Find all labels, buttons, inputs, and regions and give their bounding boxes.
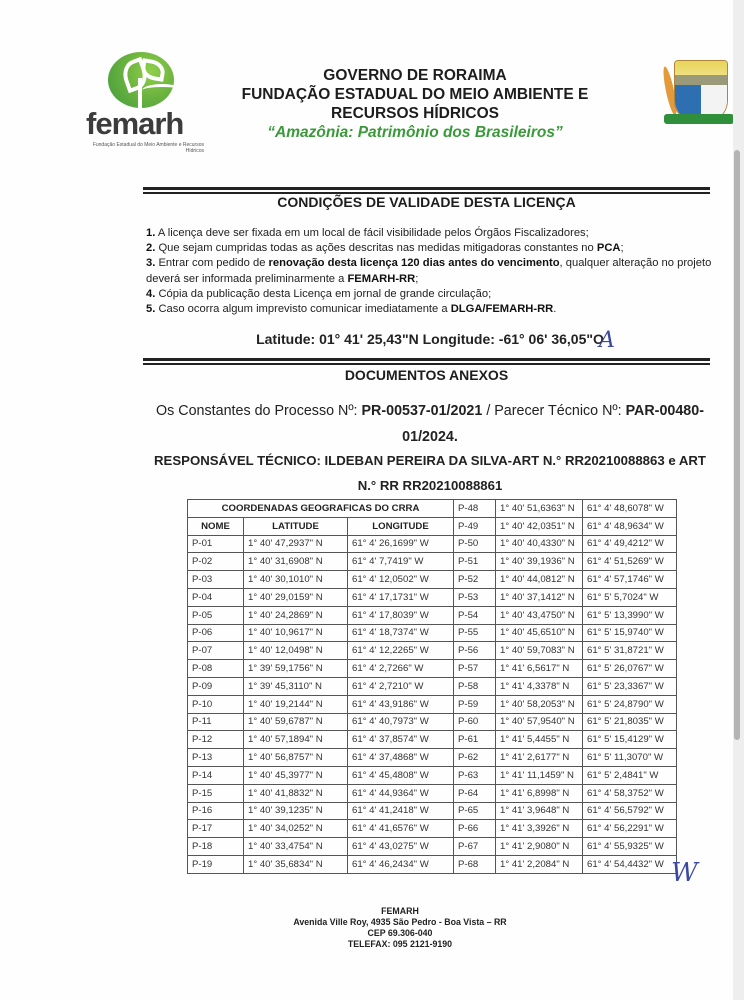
footer-address: Avenida Ville Roy, 4935 São Pedro - Boa … — [250, 917, 550, 928]
condition-text: Caso ocorra algum imprevisto comunicar i… — [155, 303, 450, 315]
conditions-title: CONDIÇÕES DE VALIDADE DESTA LICENÇA — [143, 194, 710, 210]
point-name: P-01 — [188, 535, 244, 553]
point-name: P-12 — [188, 731, 244, 749]
condition-text: Cópia da publicação desta Licença em jor… — [155, 288, 491, 300]
scrollbar-thumb[interactable] — [734, 150, 740, 740]
point-name: P-66 — [454, 820, 496, 838]
point-longitude: 61° 4' 55,9325" W — [583, 838, 677, 856]
point-longitude: 61° 5' 15,9740" W — [583, 624, 677, 642]
condition-number: 5. — [146, 303, 155, 315]
point-longitude: 61° 4' 43,0275" W — [348, 838, 454, 856]
table-row: P-071° 40' 12,0498" N61° 4' 12,2265" WP-… — [188, 642, 677, 660]
point-longitude: 61° 5' 11,3070" W — [583, 749, 677, 767]
table-row: P-131° 40' 56,8757" N61° 4' 37,4868" WP-… — [188, 749, 677, 767]
table-row: P-171° 40' 34,0252" N61° 4' 41,6576" WP-… — [188, 820, 677, 838]
point-longitude: 61° 4' 37,4868" W — [348, 749, 454, 767]
point-name: P-67 — [454, 838, 496, 856]
header-line-1: GOVERNO DE RORAIMA — [200, 66, 630, 85]
process-info: Os Constantes do Processo Nº: PR-00537-0… — [150, 398, 710, 450]
point-name: P-03 — [188, 571, 244, 589]
point-name: P-13 — [188, 749, 244, 767]
point-longitude: 61° 4' 48,9634" W — [583, 517, 677, 535]
point-longitude: 61° 5' 15,4129" W — [583, 731, 677, 749]
point-longitude: 61° 4' 26,1699" W — [348, 535, 454, 553]
point-longitude: 61° 4' 41,2418" W — [348, 802, 454, 820]
point-latitude: 1° 40' 37,1412" N — [496, 588, 583, 606]
point-longitude: 61° 4' 12,2265" W — [348, 642, 454, 660]
point-latitude: 1° 40' 33,4754" N — [244, 838, 348, 856]
column-header-latitude: LATITUDE — [244, 517, 348, 535]
point-latitude: 1° 40' 42,0351" N — [496, 517, 583, 535]
point-longitude: 61° 4' 17,1731" W — [348, 588, 454, 606]
header-line-3: RECURSOS HÍDRICOS — [200, 104, 630, 123]
point-longitude: 61° 5' 26,0767" W — [583, 660, 677, 678]
condition-item: 2. Que sejam cumpridas todas as ações de… — [146, 241, 726, 256]
point-longitude: 61° 5' 31,8721" W — [583, 642, 677, 660]
table-row: P-031° 40' 30,1010" N61° 4' 12,0502" WP-… — [188, 571, 677, 589]
point-latitude: 1° 39' 59,1756" N — [244, 660, 348, 678]
point-name: P-15 — [188, 784, 244, 802]
footer-org: FEMARH — [250, 906, 550, 917]
point-latitude: 1° 40' 45,3977" N — [244, 766, 348, 784]
point-longitude: 61° 4' 17,8039" W — [348, 606, 454, 624]
point-name: P-62 — [454, 749, 496, 767]
point-name: P-68 — [454, 855, 496, 873]
point-latitude: 1° 41' 2,6177" N — [496, 749, 583, 767]
point-latitude: 1° 40' 19,2144" N — [244, 695, 348, 713]
logo-subtitle: Fundação Estadual do Meio Ambiente e Rec… — [86, 142, 204, 154]
table-row: P-121° 40' 57,1894" N61° 4' 37,8574" WP-… — [188, 731, 677, 749]
point-latitude: 1° 40' 40,4330" N — [496, 535, 583, 553]
point-longitude: 61° 4' 58,3752" W — [583, 784, 677, 802]
column-header-nome: NOME — [188, 517, 244, 535]
process-number: PR-00537-01/2021 — [362, 403, 483, 419]
point-name: P-52 — [454, 571, 496, 589]
point-longitude: 61° 5' 23,3367" W — [583, 677, 677, 695]
table-row: P-091° 39' 45,3110" N61° 4' 2,7210" WP-5… — [188, 677, 677, 695]
point-longitude: 61° 4' 7,7419" W — [348, 553, 454, 571]
table-row: P-191° 40' 35,6834" N61° 4' 46,2434" WP-… — [188, 855, 677, 873]
document-page: femarh Fundação Estadual do Meio Ambient… — [0, 0, 733, 1000]
point-longitude: 61° 4' 41,6576" W — [348, 820, 454, 838]
point-name: P-08 — [188, 660, 244, 678]
point-longitude: 61° 4' 2,7210" W — [348, 677, 454, 695]
point-name: P-19 — [188, 855, 244, 873]
condition-text: FEMARH-RR — [347, 273, 415, 285]
point-name: P-14 — [188, 766, 244, 784]
condition-text: ; — [415, 273, 418, 285]
table-row: P-041° 40' 29,0159" N61° 4' 17,1731" WP-… — [188, 588, 677, 606]
condition-number: 1. — [146, 227, 155, 239]
point-name: P-57 — [454, 660, 496, 678]
point-longitude: 61° 4' 43,9186" W — [348, 695, 454, 713]
table-row: P-181° 40' 33,4754" N61° 4' 43,0275" WP-… — [188, 838, 677, 856]
point-name: P-54 — [454, 606, 496, 624]
point-latitude: 1° 40' 47,2937" N — [244, 535, 348, 553]
point-latitude: 1° 41' 11,1459" N — [496, 766, 583, 784]
point-name: P-05 — [188, 606, 244, 624]
point-latitude: 1° 40' 57,9540" N — [496, 713, 583, 731]
point-longitude: 61° 5' 21,8035" W — [583, 713, 677, 731]
condition-number: 3. — [146, 257, 155, 269]
point-latitude: 1° 40' 45,6510" N — [496, 624, 583, 642]
point-longitude: 61° 4' 49,4212" W — [583, 535, 677, 553]
point-latitude: 1° 40' 10,9617" N — [244, 624, 348, 642]
table-row: P-011° 40' 47,2937" N61° 4' 26,1699" WP-… — [188, 535, 677, 553]
parecer-label: / Parecer Técnico Nº: — [482, 403, 625, 419]
process-label: Os Constantes do Processo Nº: — [156, 403, 361, 419]
table-row: P-111° 40' 59,6787" N61° 4' 40,7973" WP-… — [188, 713, 677, 731]
table-row: P-021° 40' 31,6908" N61° 4' 7,7419" WP-5… — [188, 553, 677, 571]
point-latitude: 1° 40' 56,8757" N — [244, 749, 348, 767]
point-latitude: 1° 40' 29,0159" N — [244, 588, 348, 606]
point-name: P-59 — [454, 695, 496, 713]
point-latitude: 1° 40' 44,0812" N — [496, 571, 583, 589]
document-footer: FEMARH Avenida Ville Roy, 4935 São Pedro… — [250, 906, 550, 950]
point-latitude: 1° 40' 51,6363" N — [496, 500, 583, 518]
point-longitude: 61° 4' 57,1746" W — [583, 571, 677, 589]
point-name: P-53 — [454, 588, 496, 606]
point-latitude: 1° 41' 6,5617" N — [496, 660, 583, 678]
point-name: P-09 — [188, 677, 244, 695]
point-latitude: 1° 40' 24,2869" N — [244, 606, 348, 624]
point-latitude: 1° 40' 41,8832" N — [244, 784, 348, 802]
point-longitude: 61° 4' 2,7266" W — [348, 660, 454, 678]
point-name: P-06 — [188, 624, 244, 642]
condition-text: Entrar com pedido de — [155, 257, 268, 269]
point-longitude: 61° 4' 56,5792" W — [583, 802, 677, 820]
conditions-list: 1. A licença deve ser fixada em um local… — [146, 226, 726, 317]
point-longitude: 61° 5' 13,3990" W — [583, 606, 677, 624]
point-latitude: 1° 41' 6,8998" N — [496, 784, 583, 802]
footer-phone: TELEFAX: 095 2121-9190 — [250, 939, 550, 950]
point-name: P-02 — [188, 553, 244, 571]
point-longitude: 61° 4' 45,4808" W — [348, 766, 454, 784]
point-name: P-55 — [454, 624, 496, 642]
condition-item: 5. Caso ocorra algum imprevisto comunica… — [146, 302, 726, 317]
femarh-logo: femarh Fundação Estadual do Meio Ambient… — [86, 52, 206, 152]
table-row: P-151° 40' 41,8832" N61° 4' 44,9364" WP-… — [188, 784, 677, 802]
point-longitude: 61° 4' 48,6078" W — [583, 500, 677, 518]
header-line-2: FUNDAÇÃO ESTADUAL DO MEIO AMBIENTE E — [200, 85, 630, 104]
point-name: P-16 — [188, 802, 244, 820]
point-name: P-65 — [454, 802, 496, 820]
point-longitude: 61° 4' 37,8574" W — [348, 731, 454, 749]
table-row: P-161° 40' 39,1235" N61° 4' 41,2418" WP-… — [188, 802, 677, 820]
point-longitude: 61° 4' 51,5269" W — [583, 553, 677, 571]
handwritten-initial: A — [599, 328, 615, 353]
point-latitude: 1° 41' 4,3378" N — [496, 677, 583, 695]
point-latitude: 1° 40' 59,6787" N — [244, 713, 348, 731]
table-row: P-081° 39' 59,1756" N61° 4' 2,7266" WP-5… — [188, 660, 677, 678]
point-longitude: 61° 4' 12,0502" W — [348, 571, 454, 589]
point-longitude: 61° 4' 46,2434" W — [348, 855, 454, 873]
point-name: P-51 — [454, 553, 496, 571]
condition-number: 4. — [146, 288, 155, 300]
table-row: P-141° 40' 45,3977" N61° 4' 45,4808" WP-… — [188, 766, 677, 784]
point-longitude: 61° 5' 24,8790" W — [583, 695, 677, 713]
table-row: P-061° 40' 10,9617" N61° 4' 18,7374" WP-… — [188, 624, 677, 642]
point-latitude: 1° 41' 3,9648" N — [496, 802, 583, 820]
plant-leaf-icon — [108, 52, 174, 108]
point-latitude: 1° 40' 12,0498" N — [244, 642, 348, 660]
condition-text: Que sejam cumpridas todas as ações descr… — [155, 242, 597, 254]
point-latitude: 1° 40' 35,6834" N — [244, 855, 348, 873]
section-divider — [143, 187, 710, 194]
point-name: P-04 — [188, 588, 244, 606]
logo-wordmark: femarh — [86, 106, 206, 142]
condition-text: . — [553, 303, 556, 315]
document-header: GOVERNO DE RORAIMA FUNDAÇÃO ESTADUAL DO … — [200, 66, 630, 143]
coat-of-arms-icon — [664, 56, 734, 132]
location-coordinates: Latitude: 01° 41' 25,43"N Longitude: -61… — [150, 331, 710, 347]
condition-item: 3. Entrar com pedido de renovação desta … — [146, 256, 726, 286]
condition-text: DLGA/FEMARH-RR — [451, 303, 554, 315]
header-slogan: “Amazônia: Patrimônio dos Brasileiros” — [200, 123, 630, 143]
section-divider — [143, 358, 710, 365]
coordinates-table: COORDENADAS GEOGRAFICAS DO CRRAP-481° 40… — [187, 499, 677, 874]
point-name: P-49 — [454, 517, 496, 535]
table-row: NOMELATITUDELONGITUDEP-491° 40' 42,0351"… — [188, 517, 677, 535]
condition-number: 2. — [146, 242, 155, 254]
point-name: P-11 — [188, 713, 244, 731]
point-name: P-17 — [188, 820, 244, 838]
handwritten-initial: W — [671, 858, 698, 888]
point-latitude: 1° 40' 57,1894" N — [244, 731, 348, 749]
point-name: P-07 — [188, 642, 244, 660]
table-title: COORDENADAS GEOGRAFICAS DO CRRA — [188, 500, 454, 518]
condition-text: renovação desta licença 120 dias antes d… — [269, 257, 560, 269]
point-longitude: 61° 4' 56,2291" W — [583, 820, 677, 838]
point-latitude: 1° 40' 30,1010" N — [244, 571, 348, 589]
point-name: P-63 — [454, 766, 496, 784]
annexes-title: DOCUMENTOS ANEXOS — [143, 367, 710, 383]
point-latitude: 1° 40' 58,2053" N — [496, 695, 583, 713]
responsible-technician: RESPONSÁVEL TÉCNICO: ILDEBAN PEREIRA DA … — [150, 448, 710, 498]
point-latitude: 1° 41' 5,4455" N — [496, 731, 583, 749]
condition-text: ; — [620, 242, 623, 254]
table-row: P-051° 40' 24,2869" N61° 4' 17,8039" WP-… — [188, 606, 677, 624]
condition-item: 4. Cópia da publicação desta Licença em … — [146, 287, 726, 302]
point-longitude: 61° 4' 18,7374" W — [348, 624, 454, 642]
condition-item: 1. A licença deve ser fixada em um local… — [146, 226, 726, 241]
point-latitude: 1° 41' 2,2084" N — [496, 855, 583, 873]
table-row: COORDENADAS GEOGRAFICAS DO CRRAP-481° 40… — [188, 500, 677, 518]
point-longitude: 61° 4' 40,7973" W — [348, 713, 454, 731]
point-name: P-64 — [454, 784, 496, 802]
point-latitude: 1° 40' 31,6908" N — [244, 553, 348, 571]
point-name: P-56 — [454, 642, 496, 660]
point-name: P-18 — [188, 838, 244, 856]
point-longitude: 61° 5' 2,4841" W — [583, 766, 677, 784]
point-latitude: 1° 40' 43,4750" N — [496, 606, 583, 624]
column-header-longitude: LONGITUDE — [348, 517, 454, 535]
point-name: P-61 — [454, 731, 496, 749]
point-longitude: 61° 4' 54,4432" W — [583, 855, 677, 873]
point-name: P-50 — [454, 535, 496, 553]
point-latitude: 1° 40' 34,0252" N — [244, 820, 348, 838]
point-name: P-48 — [454, 500, 496, 518]
point-name: P-58 — [454, 677, 496, 695]
condition-text: A licença deve ser fixada em um local de… — [155, 227, 588, 239]
point-longitude: 61° 4' 44,9364" W — [348, 784, 454, 802]
condition-text: PCA — [597, 242, 621, 254]
point-longitude: 61° 5' 5,7024" W — [583, 588, 677, 606]
point-latitude: 1° 40' 39,1936" N — [496, 553, 583, 571]
point-latitude: 1° 40' 59,7083" N — [496, 642, 583, 660]
point-name: P-10 — [188, 695, 244, 713]
point-latitude: 1° 41' 3,3926" N — [496, 820, 583, 838]
point-name: P-60 — [454, 713, 496, 731]
table-row: P-101° 40' 19,2144" N61° 4' 43,9186" WP-… — [188, 695, 677, 713]
point-latitude: 1° 39' 45,3110" N — [244, 677, 348, 695]
footer-cep: CEP 69.306-040 — [250, 928, 550, 939]
point-latitude: 1° 41' 2,9080" N — [496, 838, 583, 856]
point-latitude: 1° 40' 39,1235" N — [244, 802, 348, 820]
